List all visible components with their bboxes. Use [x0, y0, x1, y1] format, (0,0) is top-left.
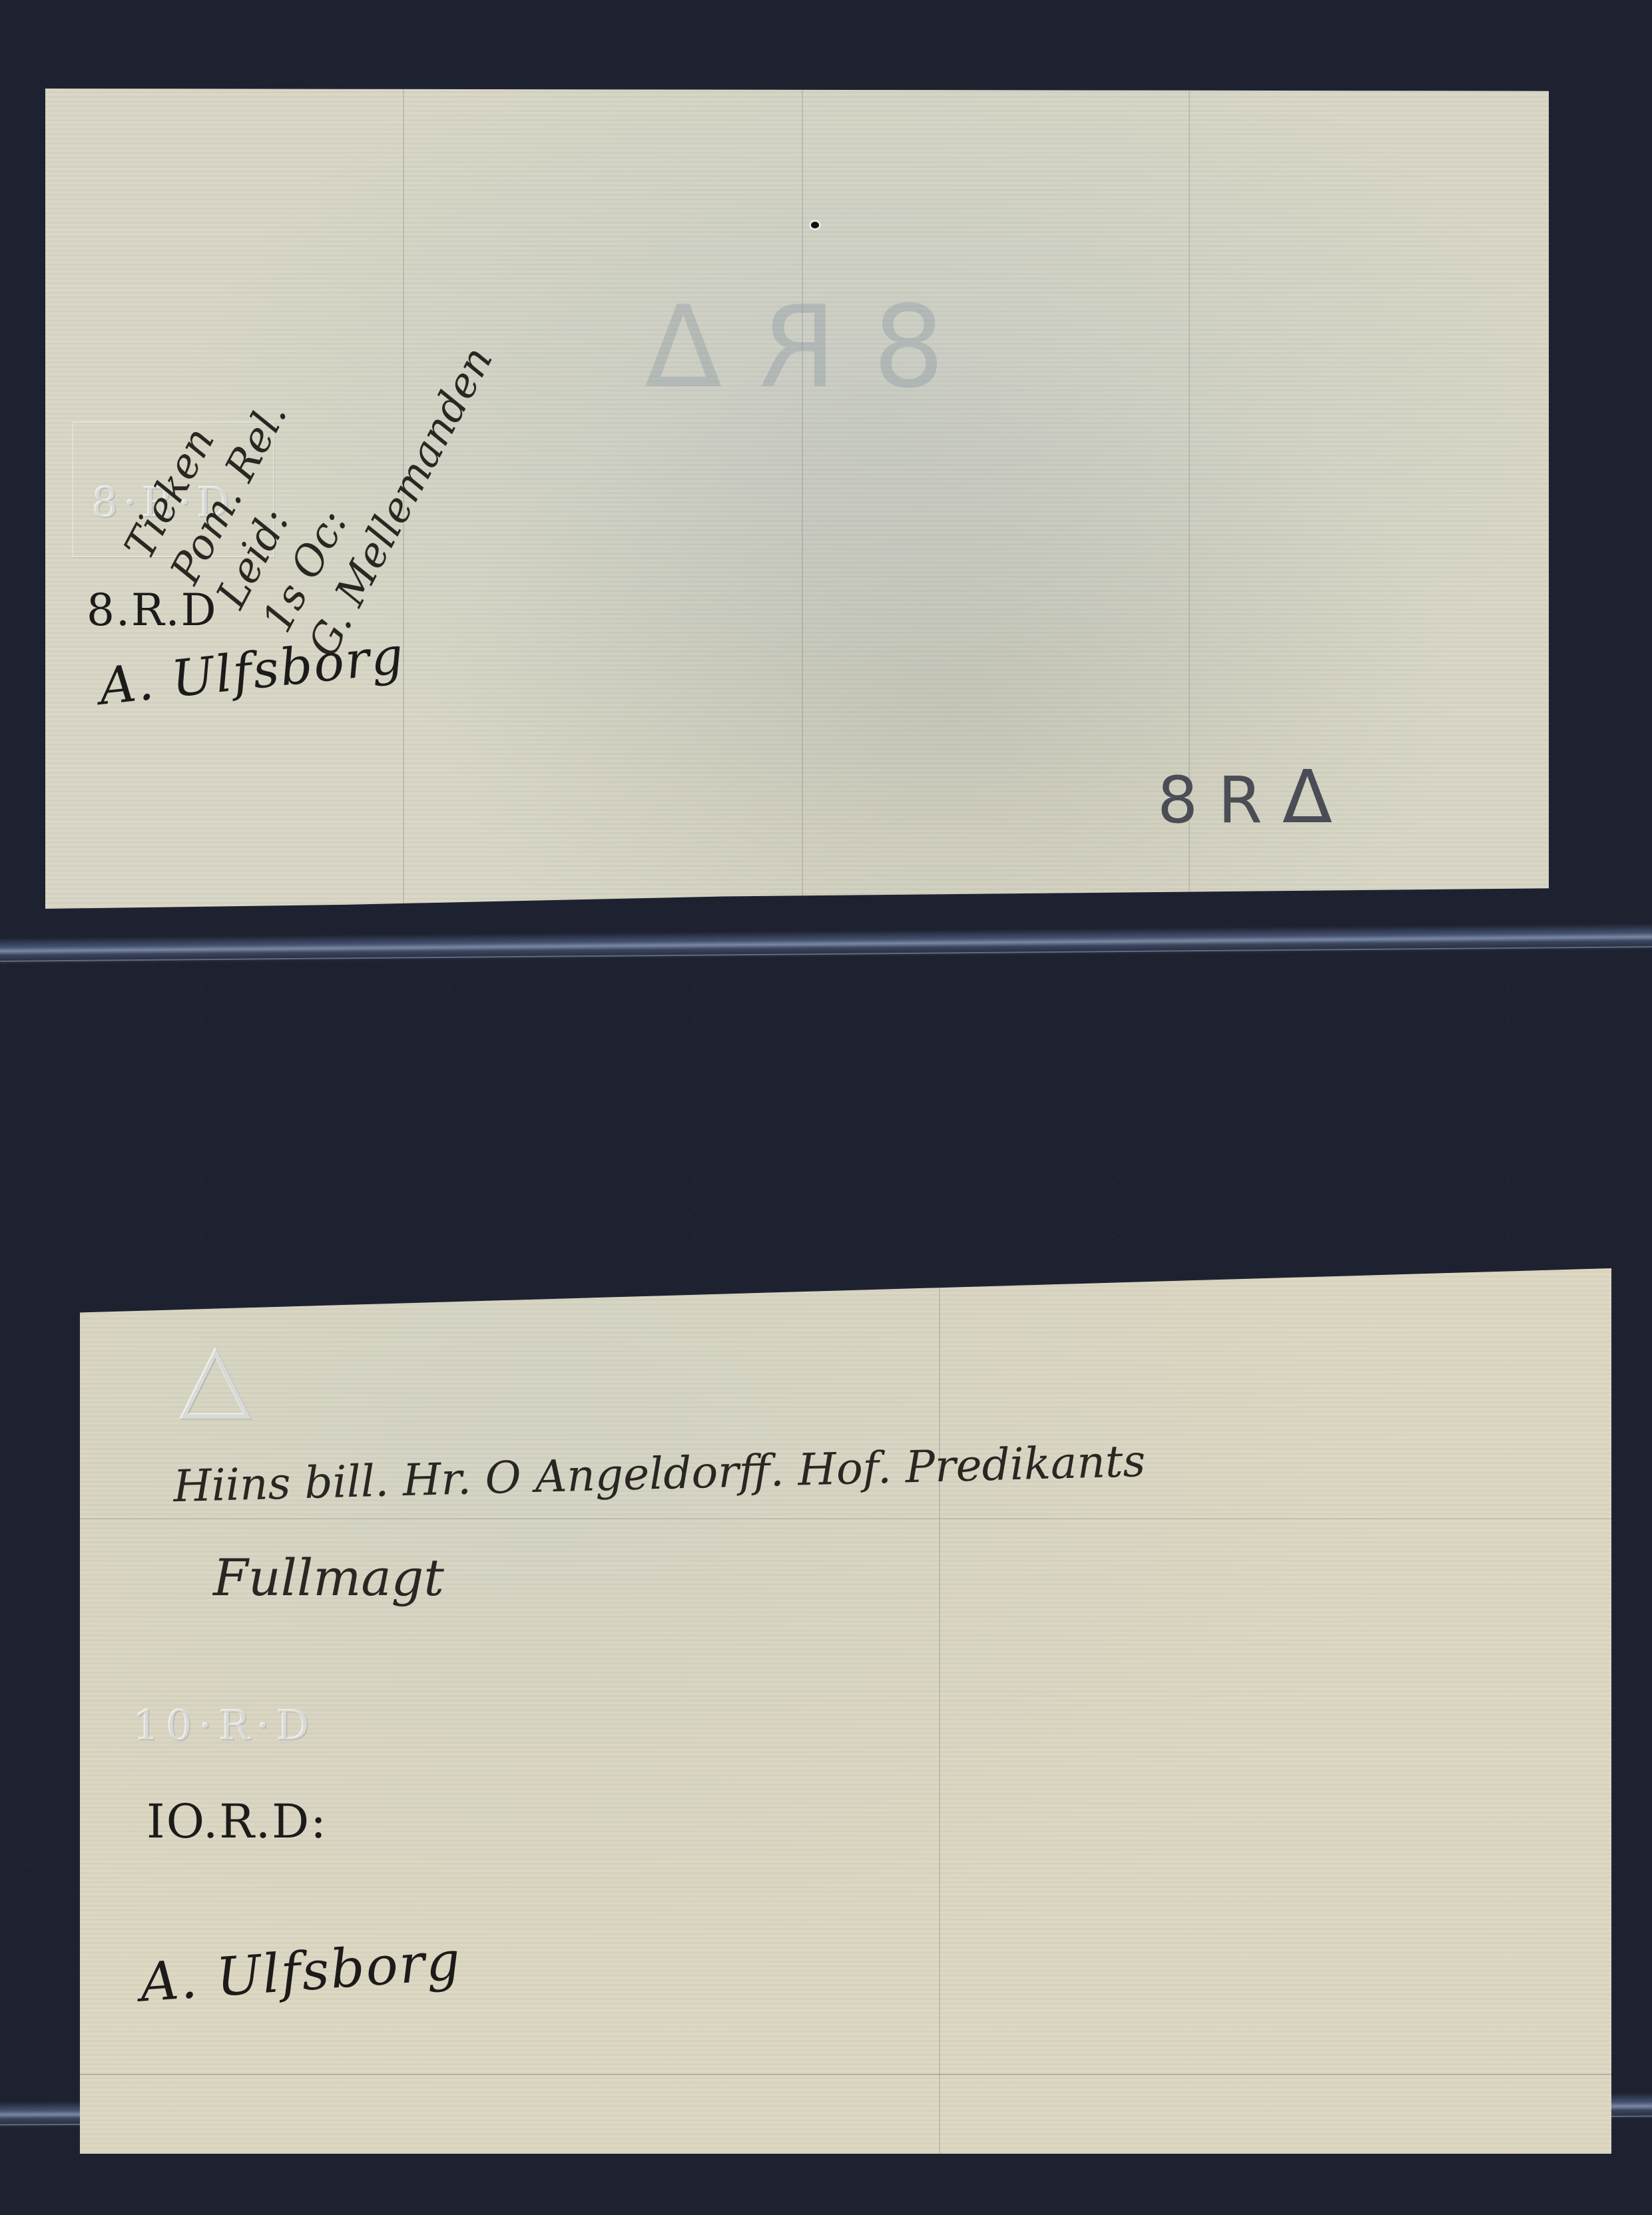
value-handstamp: 8.R.D: [87, 585, 218, 636]
triangle-icon: Δ: [1282, 754, 1352, 840]
handwritten-line-1: Hiins bill. Hr. O Angeldorff. Hof. Predi…: [172, 1435, 1146, 1512]
value-handstamp: IO.R.D:: [146, 1794, 328, 1849]
punch-hole: [811, 222, 819, 228]
pencil-letter: R: [1218, 763, 1282, 838]
top-document: 8 R Δ 8·R·D Tieken Pom. Rel. Leid: 1s Oc…: [45, 89, 1549, 909]
handwritten-line-2: Fullmagt: [213, 1548, 444, 1607]
pencil-number: 8: [1157, 763, 1218, 838]
fold-line: [802, 89, 803, 909]
embossed-stamp-value: 10·R·D: [133, 1701, 316, 1750]
lower-document: △ 10·R·D Hiins bill. Hr. O Angeldorff. H…: [80, 1268, 1611, 2154]
embossed-crown-mark: △: [180, 1322, 252, 1430]
show-through-mark: 8 R Δ: [645, 282, 945, 413]
town-handstamp: A. Ulfsborg: [97, 625, 408, 716]
town-handstamp: A. Ulfsborg: [138, 1929, 463, 2013]
fold-line: [939, 1268, 940, 2154]
fold-line: [80, 2074, 1611, 2075]
pencil-annotation: 8RΔ: [1157, 754, 1352, 840]
fold-line: [80, 1518, 1611, 1519]
protector-strip-top: [0, 923, 1652, 965]
